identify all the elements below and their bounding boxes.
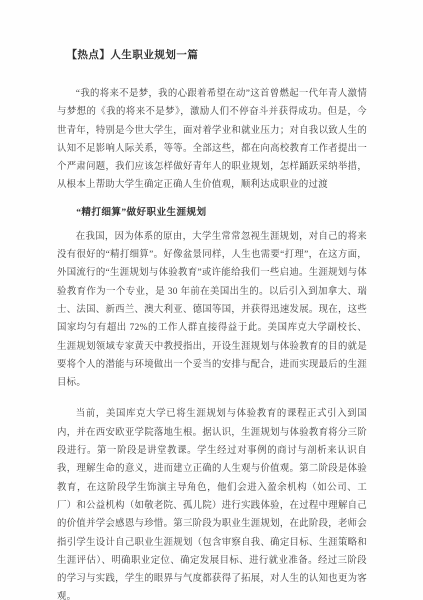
section-heading: “精打细算”做好职业生涯规划: [57, 204, 367, 222]
paragraph-body-1: 在我国，因为体系的原由，大学生常常忽视生涯规划，对自己的将来没有很好的“精打细算…: [57, 228, 367, 393]
document-page: 【热点】人生职业规划一篇 “我的将来不是梦，我的心跟着希望在动”这首曾燃起一代年…: [0, 0, 423, 600]
document-title: 【热点】人生职业规划一篇: [57, 48, 367, 64]
paragraph-body-2: 当前，美国库克大学已将生涯规划与体验教育的课程正式引入到国内，并在西安欧亚学院落…: [57, 405, 367, 600]
paragraph-intro: “我的将来不是梦，我的心跟着希望在动”这首曾燃起一代年青人激情与梦想的《我的将来…: [57, 85, 367, 195]
page-number: 1: [0, 554, 423, 563]
